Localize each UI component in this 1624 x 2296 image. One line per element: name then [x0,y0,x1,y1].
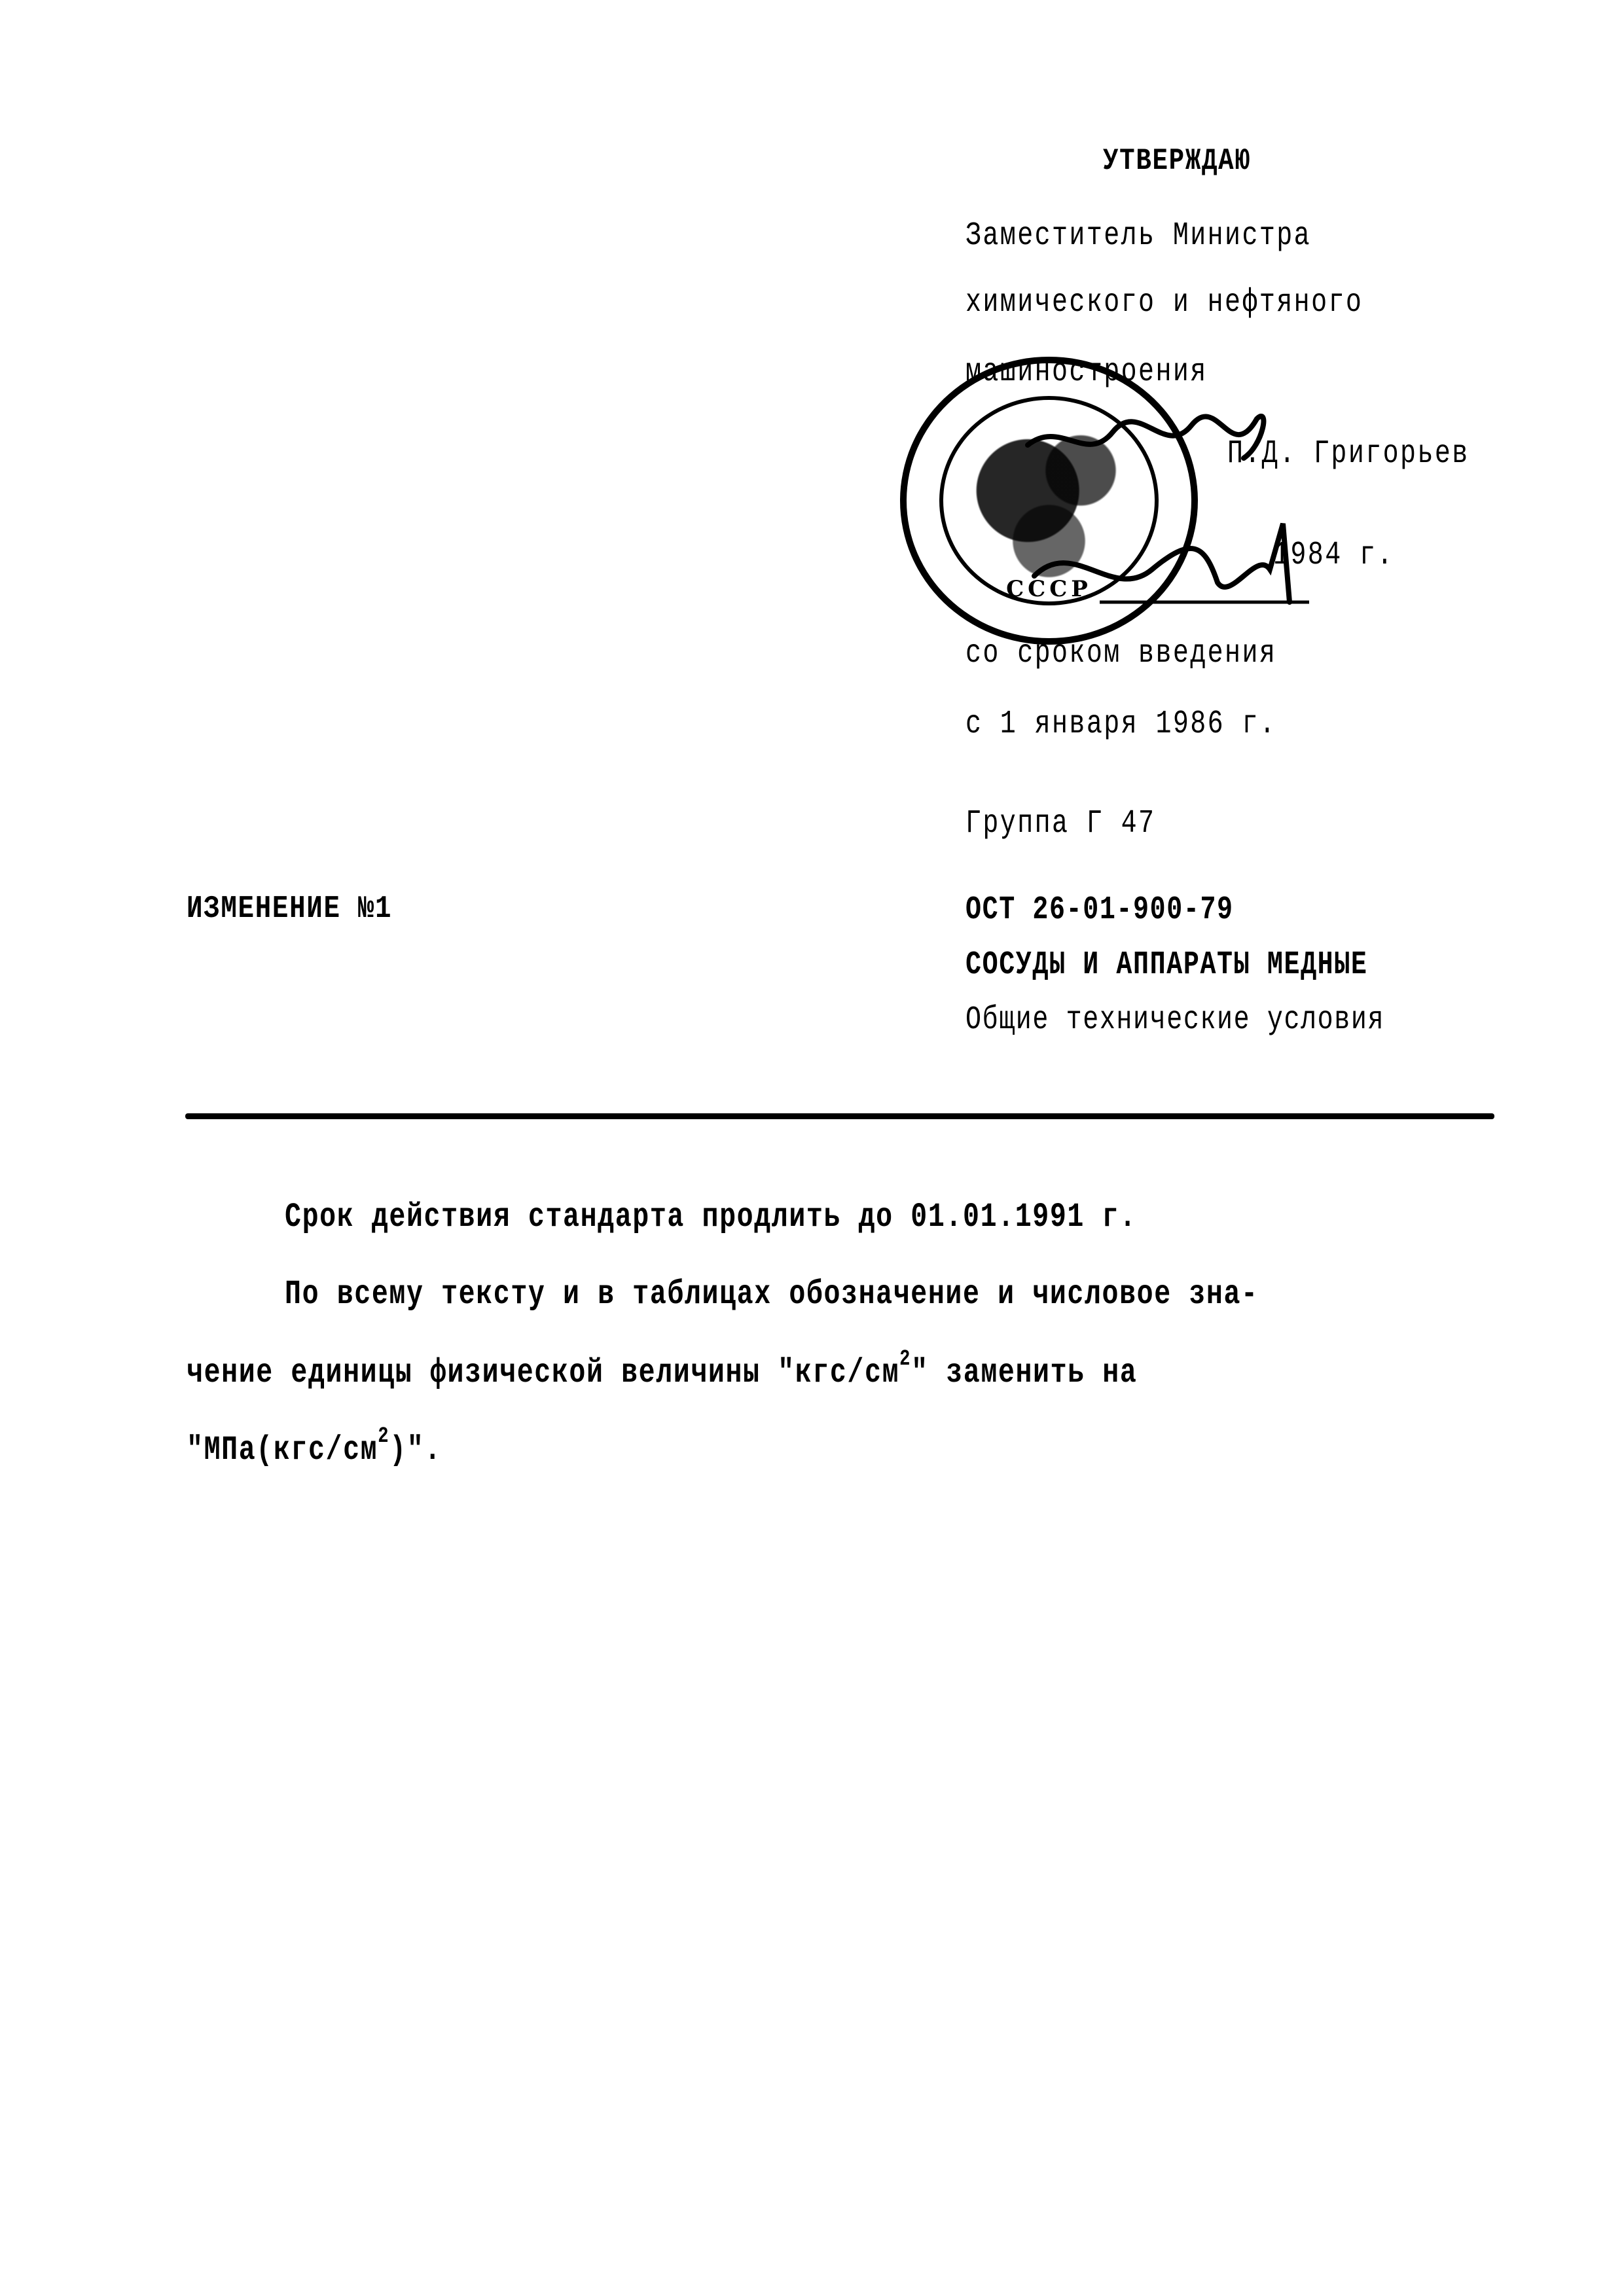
approval-title: УТВЕРЖДАЮ [1103,144,1251,178]
amendment-title: ИЗМЕНЕНИЕ №1 [187,891,392,927]
approval-effective-line2: с 1 января 1986 г. [965,706,1276,743]
group-label: Группа Г 47 [965,805,1155,842]
signature-icon [1021,406,1322,622]
approval-position-line2: химического и нефтяного [965,284,1363,321]
standard-name: СОСУДЫ И АППАРАТЫ МЕДНЫЕ [965,946,1368,984]
standard-subtitle: Общие технические условия [965,1001,1384,1039]
superscript: 2 [899,1347,911,1372]
body-text-segment: "МПа(кгс/см [187,1431,378,1469]
body-paragraph-1: Срок действия стандарта продлить до 01.0… [285,1198,1137,1236]
body-text-segment: " заменить на [911,1354,1137,1392]
body-paragraph-2-line-2: чение единицы физической величины "кгс/с… [187,1354,1137,1392]
body-paragraph-2-line-3: "МПа(кгс/см2)". [187,1431,442,1469]
body-text-segment: )". [389,1431,442,1469]
superscript: 2 [378,1424,389,1449]
approval-effective-line1: со сроком введения [965,635,1276,672]
document-page: УТВЕРЖДАЮ Заместитель Министра химическо… [0,0,1624,2296]
approval-position-line1: Заместитель Министра [965,217,1311,255]
body-paragraph-2-line-1: По всему тексту и в таблицах обозначение… [285,1275,1259,1314]
body-text-segment: чение единицы физической величины "кгс/с… [187,1354,899,1392]
header-divider [185,1113,1494,1119]
standard-code: ОСТ 26-01-900-79 [965,891,1234,929]
